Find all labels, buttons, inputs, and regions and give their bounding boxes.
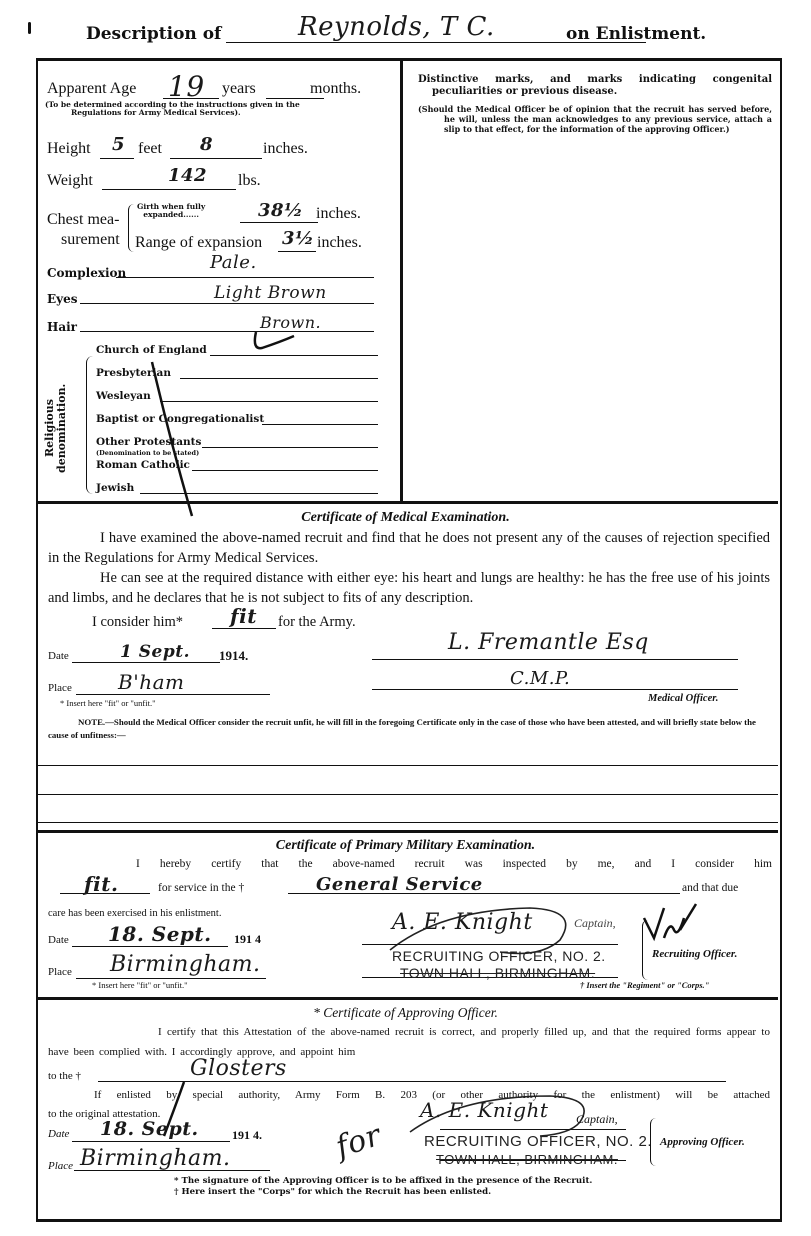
chest-brace xyxy=(128,204,135,252)
approving-year: 191 4. xyxy=(232,1128,262,1143)
marks-title-1: Distinctive marks, and marks indicating … xyxy=(418,74,772,85)
approving-stamp-2: TOWN HALL, BIRMINGHAM. xyxy=(436,1152,618,1167)
approving-date-value: 18. Sept. xyxy=(100,1118,199,1140)
lbs-label: lbs. xyxy=(238,172,261,190)
height-feet-value: 5 xyxy=(112,134,125,155)
girth-inches-label: inches. xyxy=(316,205,361,223)
medical-officer-label: Medical Officer. xyxy=(648,693,718,704)
primary-captain: Captain, xyxy=(574,916,616,931)
hair-line xyxy=(80,331,374,332)
margin-mark xyxy=(28,22,31,34)
age-months-line xyxy=(266,98,324,99)
approving-officer-brace xyxy=(650,1118,657,1166)
religion-line xyxy=(262,424,378,425)
service-value: General Service xyxy=(316,874,483,895)
footnote-2: † Here insert the "Corps" for which the … xyxy=(174,1187,592,1198)
religion-strike-mark xyxy=(150,360,200,520)
primary-date-label: Date xyxy=(48,934,69,946)
primary-fit-value: fit. xyxy=(84,872,118,896)
primary-place-label: Place xyxy=(48,966,72,978)
section-divider-primary xyxy=(37,830,778,833)
hair-label: Hair xyxy=(47,320,77,334)
religion-line xyxy=(210,355,378,356)
primary-insert-note: * Insert here "fit" or "unfit." xyxy=(92,980,188,990)
marks-title: Distinctive marks, and marks indicating … xyxy=(418,74,772,86)
section-divider-approving xyxy=(37,997,778,1000)
religion-brace xyxy=(86,356,93,494)
unfitness-line-2 xyxy=(37,794,778,795)
primary-signature-line xyxy=(362,944,618,945)
primary-year: 191 4 xyxy=(234,932,261,947)
chest-label: Chest mea- surement xyxy=(47,210,120,250)
marks-section: Distinctive marks, and marks indicating … xyxy=(418,74,772,134)
consider-line xyxy=(212,628,276,629)
girth-value: 38½ xyxy=(258,200,303,221)
religion-line xyxy=(180,378,378,379)
religion-item: Other Protestants (Denomination to be st… xyxy=(96,436,378,459)
medical-place-line xyxy=(76,694,270,695)
range-label: Range of expansion xyxy=(135,234,262,252)
weight-line xyxy=(102,189,236,190)
religion-list: Church of England Presbyterian Wesleyan … xyxy=(96,344,378,505)
eyes-value: Light Brown xyxy=(214,283,327,303)
height-feet-line xyxy=(100,158,134,159)
age-years-value: 19 xyxy=(168,70,205,103)
girth-line xyxy=(240,222,318,223)
approving-footnotes: * The signature of the Approving Officer… xyxy=(174,1176,592,1198)
section-divider-medical xyxy=(37,501,778,504)
age-note-line-2: Regulations for Army Medical Services). xyxy=(45,109,385,117)
weight-value: 142 xyxy=(168,165,207,186)
eyes-label: Eyes xyxy=(47,292,78,306)
approving-place-label: Place xyxy=(48,1160,73,1172)
approving-para-1: I certify that this Attestation of the a… xyxy=(48,1022,770,1062)
marks-title-2: peculiarities or previous disease. xyxy=(418,86,772,98)
religion-item: Roman Catholic xyxy=(96,459,378,482)
primary-title: Certificate of Primary Military Examinat… xyxy=(0,838,811,854)
recruiting-officer-label: Recruiting Officer. xyxy=(652,948,737,960)
approving-officer-label: Approving Officer. xyxy=(660,1136,745,1148)
header: Description of Reynolds, T C. on Enlistm… xyxy=(86,22,786,52)
medical-place-label: Place xyxy=(48,682,72,694)
complexion-label: Complexion xyxy=(47,266,126,280)
religion-item: Wesleyan xyxy=(96,390,378,413)
recruit-name: Reynolds, T C. xyxy=(298,12,495,42)
years-label: years xyxy=(222,80,256,98)
medical-date-label: Date xyxy=(48,650,69,662)
primary-date-line xyxy=(72,946,228,947)
primary-para-1: I hereby certify that the above-named re… xyxy=(136,858,772,870)
regiment-note: † Insert the "Regiment" or "Corps." xyxy=(580,980,709,990)
feet-label: feet xyxy=(138,140,162,158)
for-the-army: for the Army. xyxy=(278,612,356,632)
medical-para-2: He can see at the required distance with… xyxy=(48,568,770,608)
medical-signature-line xyxy=(372,659,738,660)
religion-line xyxy=(202,447,378,448)
inches-label: inches. xyxy=(263,140,308,158)
medical-title: Certificate of Medical Examination. xyxy=(0,510,811,526)
religion-item: Church of England xyxy=(96,344,378,367)
approving-date-line xyxy=(72,1141,230,1142)
medical-signature: L. Fremantle Esq xyxy=(448,630,649,655)
corps-line xyxy=(98,1081,726,1082)
primary-stamp-1: RECRUITING OFFICER, NO. 2. xyxy=(392,948,606,964)
religion-line xyxy=(192,470,378,471)
header-prefix: Description of xyxy=(86,24,221,44)
care-line: care has been exercised in his enlistmen… xyxy=(48,908,221,919)
footnote-1: * The signature of the Approving Officer… xyxy=(174,1176,592,1187)
approving-date-label: Date xyxy=(48,1128,69,1140)
primary-stamp-2: TOWN HALL, BIRMINGHAM. xyxy=(400,965,595,981)
approving-captain: Captain, xyxy=(576,1112,618,1127)
corps-value: Glosters xyxy=(190,1056,287,1081)
approving-place-value: Birmingham. xyxy=(80,1146,231,1171)
unfitness-line-1 xyxy=(37,765,778,766)
medical-insert-note: * Insert here "fit" or "unfit." xyxy=(60,698,156,708)
chest-label-2: surement xyxy=(47,230,120,250)
primary-place-value: Birmingham. xyxy=(110,952,261,977)
range-value: 3½ xyxy=(282,228,314,249)
approving-title: * Certificate of Approving Officer. xyxy=(0,1005,811,1021)
age-note: (To be determined according to the instr… xyxy=(45,101,385,117)
to-the-label: to the † xyxy=(48,1070,81,1082)
girth-label-2: expanded...... xyxy=(137,211,205,219)
medical-year: 1914. xyxy=(219,648,248,664)
girth-label: Girth when fully expanded...... xyxy=(137,203,205,219)
and-that-due: and that due xyxy=(682,882,738,894)
height-inches-value: 8 xyxy=(200,134,213,155)
religion-label: Jewish xyxy=(96,482,134,494)
complexion-line xyxy=(116,277,374,278)
religion-label: Church of England xyxy=(96,344,207,356)
age-label: Apparent Age xyxy=(47,80,136,97)
medical-place-value: B'ham xyxy=(118,670,184,694)
medical-signature-2: C.M.P. xyxy=(510,668,570,689)
medical-signature-line-2 xyxy=(372,689,738,690)
religion-item: Baptist or Congregationalist xyxy=(96,413,378,436)
height-inches-line xyxy=(170,158,262,159)
approving-stamp-1: RECRUITING OFFICER, NO. 2. xyxy=(424,1133,652,1150)
height-label: Height xyxy=(47,140,91,158)
religion-side-label-2: denomination. xyxy=(55,383,68,472)
service-label: for service in the † xyxy=(158,882,244,894)
chest-label-1: Chest mea- xyxy=(47,210,120,230)
approving-signature-line xyxy=(440,1129,626,1130)
religion-side-label: Religious denomination. xyxy=(44,378,68,478)
eyes-line xyxy=(80,303,374,304)
range-line xyxy=(278,251,316,252)
medical-note: NOTE.—Should the Medical Officer conside… xyxy=(48,716,772,742)
months-label: months. xyxy=(310,80,361,98)
religion-label: Wesleyan xyxy=(96,390,151,402)
medical-date-line xyxy=(72,662,220,663)
header-suffix: on Enlistment. xyxy=(566,24,706,44)
medical-para-1: I have examined the above-named recruit … xyxy=(48,528,770,568)
weight-label: Weight xyxy=(47,172,93,190)
primary-date-value: 18. Sept. xyxy=(108,922,212,946)
marks-note: (Should the Medical Officer be of opinio… xyxy=(418,104,772,134)
consider-label: I consider him* xyxy=(92,612,183,632)
complexion-value: Pale. xyxy=(210,252,257,273)
unfitness-line-3 xyxy=(37,822,778,823)
consider-value: fit xyxy=(230,604,257,628)
primary-for-mark xyxy=(640,900,700,942)
medical-date-value: 1 Sept. xyxy=(120,642,190,662)
range-inches-label: inches. xyxy=(317,234,362,252)
column-divider xyxy=(400,60,403,502)
religion-item: Presbyterian xyxy=(96,367,378,390)
primary-place-line xyxy=(76,978,266,979)
